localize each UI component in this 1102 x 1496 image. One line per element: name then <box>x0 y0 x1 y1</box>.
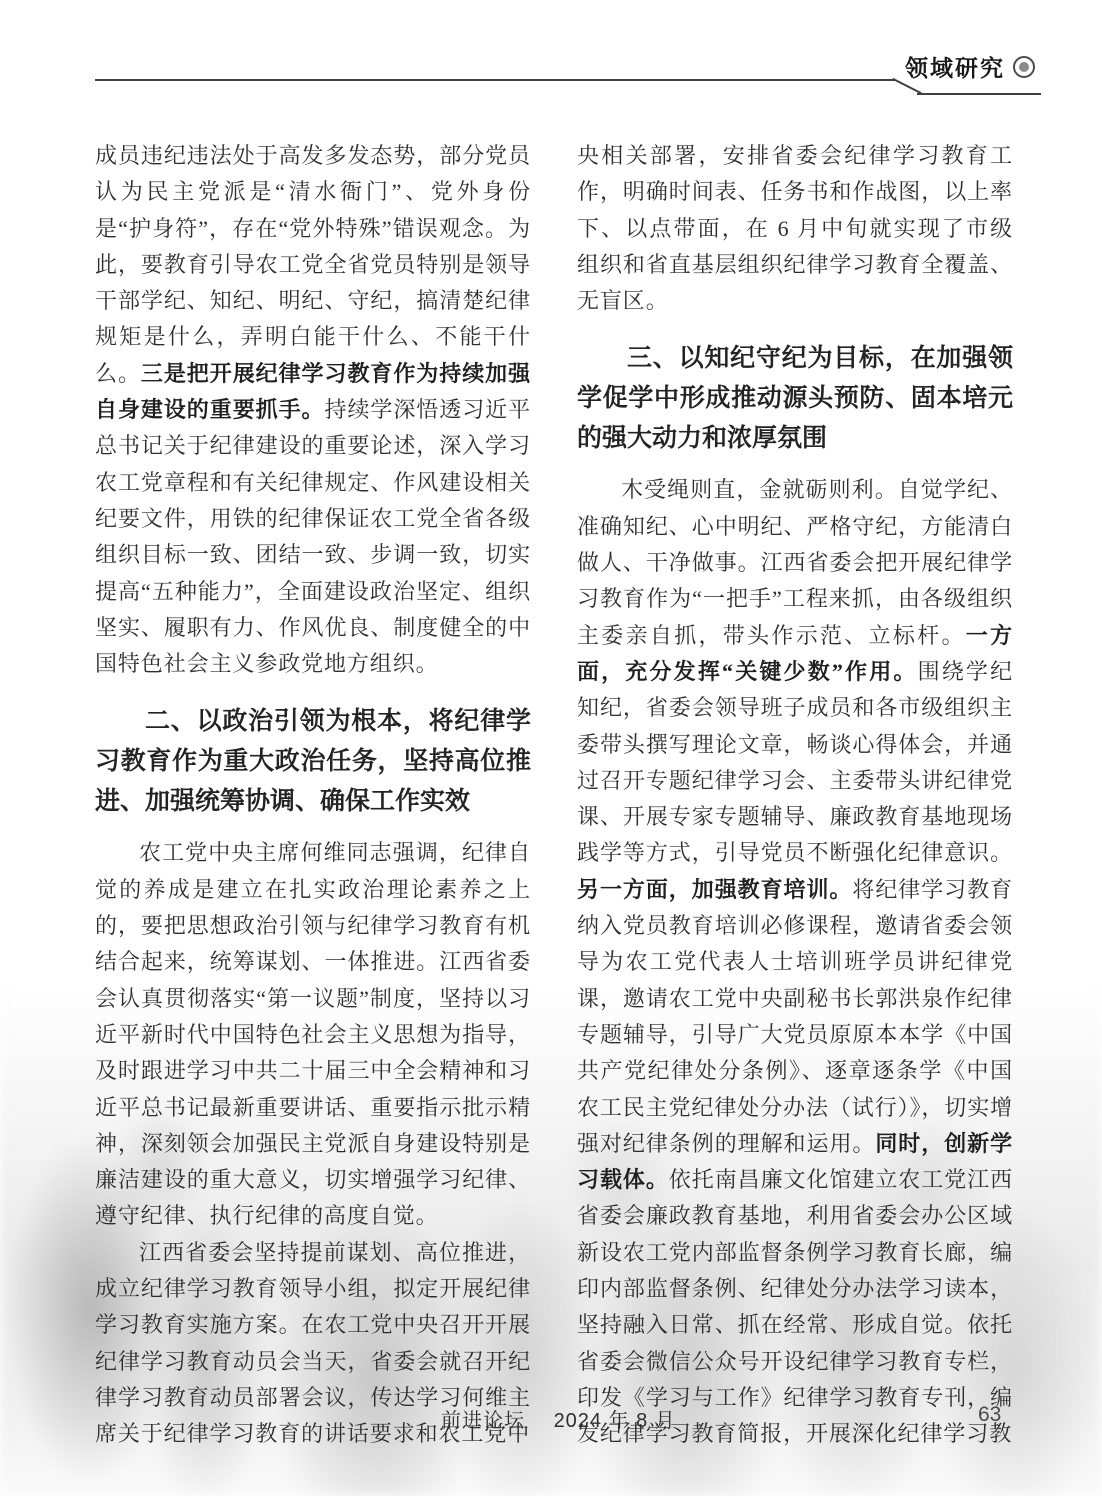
magazine-page: 领域研究 成员违纪违法处于高发多发态势，部分党员认为民主党派是“清水衙门”、党外… <box>0 0 1102 1496</box>
header-rule-under <box>917 93 1041 95</box>
body-paragraph: 成员违纪违法处于高发多发态势，部分党员认为民主党派是“清水衙门”、党外身份是“护… <box>95 138 531 682</box>
text-run: 将纪律学习教育纳入党员教育培训必修课程，邀请省委会领导为农工党代表人士培训班学员… <box>577 877 1013 1156</box>
section-label: 领域研究 <box>905 50 1005 83</box>
journal-name: 前进论坛 <box>441 1410 525 1432</box>
body-paragraph: 农工党中央主席何维同志强调，纪律自觉的养成是建立在扎实政治理论素养之上的，要把思… <box>95 835 531 1234</box>
issue-date: 2024 年 8 月 <box>554 1410 676 1432</box>
text-run: 央相关部署，安排省委会纪律学习教育工作，明确时间表、任务书和作战图，以上率下、以… <box>577 143 1013 313</box>
text-run: 木受绳则直，金就砺则利。自觉学纪、准确知纪、心中明纪、严格守纪，方能清白做人、干… <box>577 477 1013 647</box>
body-paragraph: 央相关部署，安排省委会纪律学习教育工作，明确时间表、任务书和作战图，以上率下、以… <box>577 138 1013 319</box>
column-left: 成员违纪违法处于高发多发态势，部分党员认为民主党派是“清水衙门”、党外身份是“护… <box>95 138 531 1453</box>
header-rule <box>95 79 895 81</box>
footer-journal-line: 前进论坛 2024 年 8 月 <box>441 1404 676 1433</box>
section-heading: 二、以政治引领为根本，将纪律学习教育作为重大政治任务，坚持高位推进、加强统筹协调… <box>95 701 531 821</box>
page-number: 63 <box>978 1403 1001 1427</box>
target-circle-icon-dot <box>1019 62 1029 72</box>
body-paragraph: 木受绳则直，金就砺则利。自觉学纪、准确知纪、心中明纪、严格守纪，方能清白做人、干… <box>577 472 1013 1452</box>
text-run: 成员违纪违法处于高发多发态势，部分党员认为民主党派是“清水衙门”、党外身份是“护… <box>95 143 531 386</box>
section-heading: 三、以知纪守纪为目标，在加强领学促学中形成推动源头预防、固本培元的强大动力和浓厚… <box>577 338 1013 458</box>
column-right: 央相关部署，安排省委会纪律学习教育工作，明确时间表、任务书和作战图，以上率下、以… <box>577 138 1013 1453</box>
bold-text-run: 另一方面，加强教育培训。 <box>577 877 852 902</box>
bold-text-run: 二、以政治引领为根本，将纪律学习教育作为重大政治任务，坚持高位推进、加强统筹协调… <box>95 707 531 815</box>
target-circle-icon <box>1013 56 1035 78</box>
bold-text-run: 三、以知纪守纪为目标，在加强领学促学中形成推动源头预防、固本培元的强大动力和浓厚… <box>577 344 1013 452</box>
text-run: 持续学深悟透习近平总书记关于纪律建设的重要论述，深入学习农工党章程和有关纪律规定… <box>95 397 531 676</box>
text-run: 农工党中央主席何维同志强调，纪律自觉的养成是建立在扎实政治理论素养之上的，要把思… <box>95 840 531 1228</box>
text-run: 围绕学纪知纪，省委会领导班子成员和各市级组织主委带头撰写理论文章，畅谈心得体会，… <box>577 659 1013 865</box>
